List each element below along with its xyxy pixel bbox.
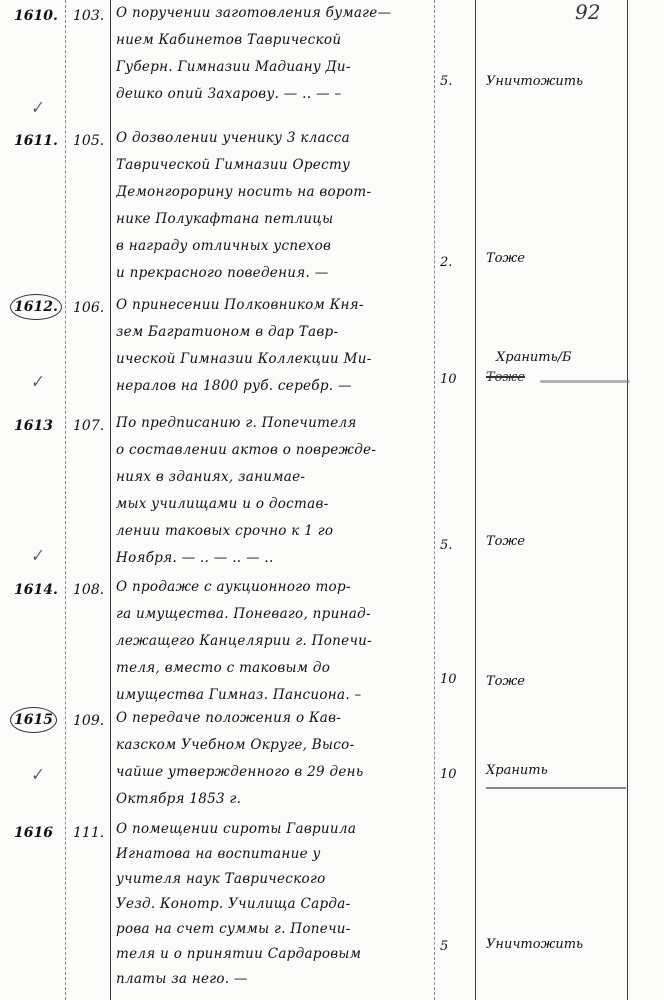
column-divider-description [434,0,435,1000]
description-line: зем Багратионом в дар Тавр- [116,319,428,346]
column-divider-register [65,0,66,1000]
ink-underline [486,787,626,789]
description-line: ической Гимназии Коллекции Ми- [116,346,428,373]
disposition: Тоже [486,251,525,266]
description-line: О помещении сироты Гавриила [116,817,428,842]
description-line: Таврической Гимназии Оресту [116,152,428,179]
description-line: нием Кабинетов Таврической [116,27,428,54]
description-line: о составлении актов о поврежде- [116,437,428,464]
disposition: Хранить [486,763,548,778]
item-number: 108. [73,582,104,598]
checkmark-icon: ✓ [28,764,45,785]
page-number: 92 [575,0,600,24]
description-line: казском Учебном Округе, Высо- [116,732,428,759]
sheet-count: 5. [440,74,452,89]
disposition: Уничтожить [486,74,583,89]
description-line: платы за него. — [116,967,428,992]
entry-description: По предписанию г. Попечителя о составлен… [116,410,428,572]
disposition-corrected: Хранить/Б [496,350,572,365]
description-line: мых училищами и о достав- [116,491,428,518]
description-line: га имущества. Поневаго, принад- [116,601,428,628]
description-line: теля, вместо с таковым до [116,655,428,682]
column-divider-item [110,0,111,1000]
description-line: Губерн. Гимназии Мадиану Ди- [116,54,428,81]
description-line: Демонгорорину носить на ворот- [116,179,428,206]
register-number: 1616 [14,825,53,841]
description-line: Октября 1853 г. [116,786,428,813]
description-line: О продаже с аукционного тор- [116,574,428,601]
register-number-circled: 1615 [10,707,57,733]
item-number: 106. [73,300,104,316]
description-line: О передаче положения о Кав- [116,705,428,732]
description-line: О поручении заготовления бумаге— [116,0,428,27]
description-line: О дозволении ученику 3 класса [116,125,428,152]
entry-description: О помещении сироты Гавриила Игнатова на … [116,817,428,992]
disposition: Тоже Хранить/Б [486,370,525,385]
disposition: Уничтожить [486,937,583,952]
description-line: учителя наук Таврического [116,867,428,892]
disposition-struck: Тоже [486,370,525,385]
description-line: и прекрасного поведения. — [116,260,428,287]
sheet-count: 2. [440,255,452,270]
archive-register-page: 92 1610. 103. О поручении заготовления б… [0,0,664,1000]
description-line: нике Полукафтана петлицы [116,206,428,233]
description-line: дешко опий Захарову. — .. — – [116,81,428,108]
description-line: чайше утвержденного в 29 день [116,759,428,786]
description-line: лежащего Канцелярии г. Попечи- [116,628,428,655]
register-number: 1610. [14,8,58,24]
sheet-count: 5 [440,939,448,954]
checkmark-icon: ✓ [28,371,45,392]
description-line: По предписанию г. Попечителя [116,410,428,437]
disposition: Тоже [486,674,525,689]
item-number: 109. [73,713,104,729]
item-number: 105. [73,133,104,149]
sheet-count: 10 [440,672,457,687]
description-line: рова на счет суммы г. Попечи- [116,917,428,942]
ink-strike [540,380,630,383]
description-line: нералов на 1800 руб. серебр. — [116,373,428,400]
item-number: 103. [73,8,104,24]
description-line: теля и о принятии Сардаровым [116,942,428,967]
register-number-circled: 1612. [10,294,62,320]
checkmark-icon: ✓ [28,97,45,118]
description-line: лении таковых срочно к 1 го [116,518,428,545]
description-line: Уезд. Конотр. Училища Сарда- [116,892,428,917]
disposition: Тоже [486,534,525,549]
description-line: Игнатова на воспитание у [116,842,428,867]
description-line: О принесении Полковником Кня- [116,292,428,319]
checkmark-icon: ✓ [28,545,45,566]
description-line: ниях в зданиях, занимае- [116,464,428,491]
register-number: 1611. [14,133,58,149]
column-divider-disposition [627,0,628,1000]
entry-description: О продаже с аукционного тор- га имуществ… [116,574,428,709]
description-line: Ноября. — .. — .. — .. [116,545,428,572]
entry-description: О передаче положения о Кав- казском Учеб… [116,705,428,813]
column-divider-sheets [475,0,476,1000]
sheet-count: 10 [440,767,457,782]
item-number: 111. [73,825,104,841]
register-number: 1614. [14,582,58,598]
entry-description: О поручении заготовления бумаге— нием Ка… [116,0,428,108]
sheet-count: 5. [440,538,452,553]
entry-description: О принесении Полковником Кня- зем Баграт… [116,292,428,400]
sheet-count: 10 [440,372,457,387]
description-line: в награду отличных успехов [116,233,428,260]
item-number: 107. [73,418,104,434]
entry-description: О дозволении ученику 3 класса Таврическо… [116,125,428,287]
register-number: 1613 [14,418,53,434]
